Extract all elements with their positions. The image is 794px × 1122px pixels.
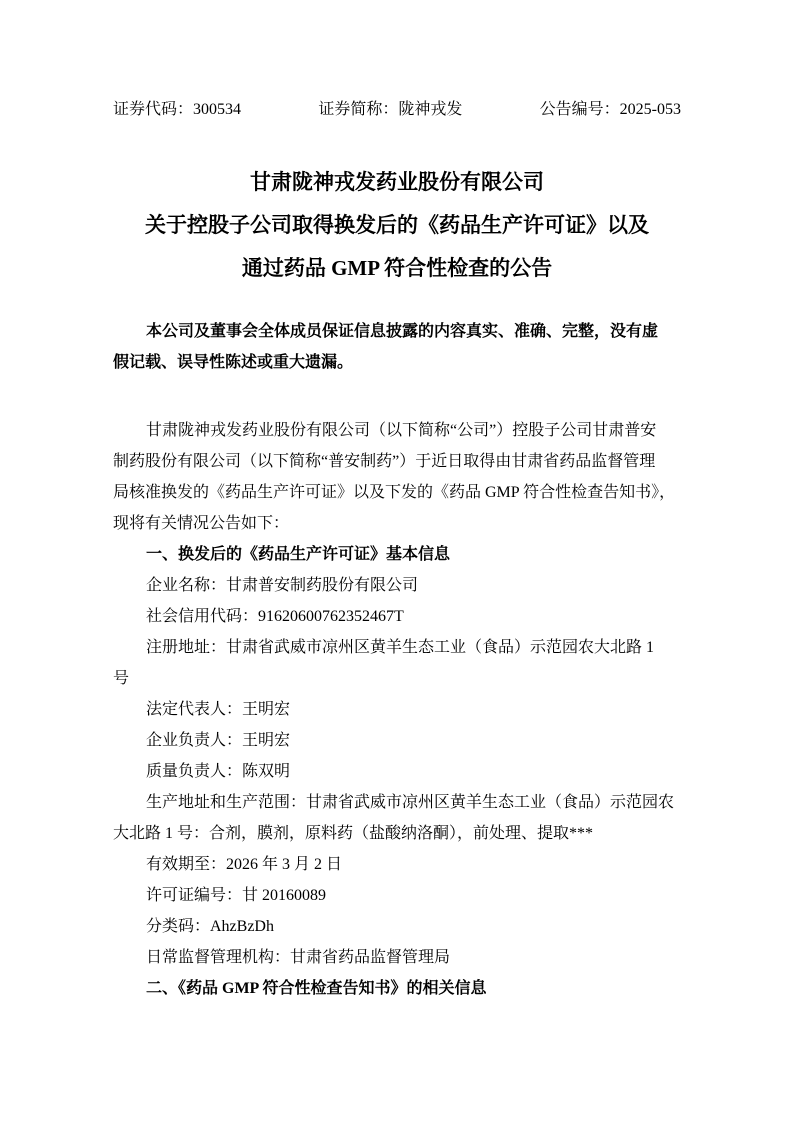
social-credit-code: 社会信用代码：91620600762352467T xyxy=(113,601,681,632)
document-body: 甘肃陇神戎发药业股份有限公司（以下简称“公司”）控股子公司甘肃普安 制药股份有限… xyxy=(113,415,681,1004)
board-declaration: 本公司及董事会全体成员保证信息披露的内容真实、准确、完整，没有虚 假记载、误导性… xyxy=(113,316,681,378)
stock-name: 证券简称：陇神戎发 xyxy=(318,100,462,119)
license-number: 许可证编号：甘 20160089 xyxy=(113,880,681,911)
document-title: 甘肃陇神戎发药业股份有限公司 关于控股子公司取得换发后的《药品生产许可证》以及 … xyxy=(113,161,681,290)
title-line-1: 甘肃陇神戎发药业股份有限公司 xyxy=(113,161,681,204)
section-2-heading: 二、《药品 GMP 符合性检查告知书》的相关信息 xyxy=(113,973,681,1004)
title-line-2: 关于控股子公司取得换发后的《药品生产许可证》以及 xyxy=(113,204,681,247)
stock-name-value: 陇神戎发 xyxy=(398,101,462,118)
classification-code: 分类码：AhzBzDh xyxy=(113,911,681,942)
stock-code-label: 证券代码： xyxy=(113,101,193,118)
validity-date: 有效期至：2026 年 3 月 2 日 xyxy=(113,849,681,880)
intro-paragraph: 甘肃陇神戎发药业股份有限公司（以下简称“公司”）控股子公司甘肃普安 制药股份有限… xyxy=(113,415,681,539)
registered-address: 注册地址：甘肃省武威市凉州区黄羊生态工业（食品）示范园农大北路 1 号 xyxy=(113,632,681,694)
announcement-number-value: 2025-053 xyxy=(620,101,681,118)
production-address-scope: 生产地址和生产范围：甘肃省武威市凉州区黄羊生态工业（食品）示范园农 大北路 1 … xyxy=(113,787,681,849)
title-line-3: 通过药品 GMP 符合性检查的公告 xyxy=(113,247,681,290)
legal-representative: 法定代表人：王明宏 xyxy=(113,694,681,725)
stock-name-label: 证券简称： xyxy=(318,101,398,118)
enterprise-head: 企业负责人：王明宏 xyxy=(113,725,681,756)
announcement-number: 公告编号：2025-053 xyxy=(540,100,681,119)
announcement-document-page: 证券代码：300534 证券简称：陇神戎发 公告编号：2025-053 甘肃陇神… xyxy=(0,0,794,1122)
announcement-number-label: 公告编号： xyxy=(540,101,620,118)
stock-code-value: 300534 xyxy=(193,101,241,118)
section-1-heading: 一、换发后的《药品生产许可证》基本信息 xyxy=(113,539,681,570)
stock-code: 证券代码：300534 xyxy=(113,100,241,119)
document-header-row: 证券代码：300534 证券简称：陇神戎发 公告编号：2025-053 xyxy=(113,100,681,119)
enterprise-name: 企业名称：甘肃普安制药股份有限公司 xyxy=(113,570,681,601)
supervisory-authority: 日常监督管理机构：甘肃省药品监督管理局 xyxy=(113,942,681,973)
quality-head: 质量负责人：陈双明 xyxy=(113,756,681,787)
